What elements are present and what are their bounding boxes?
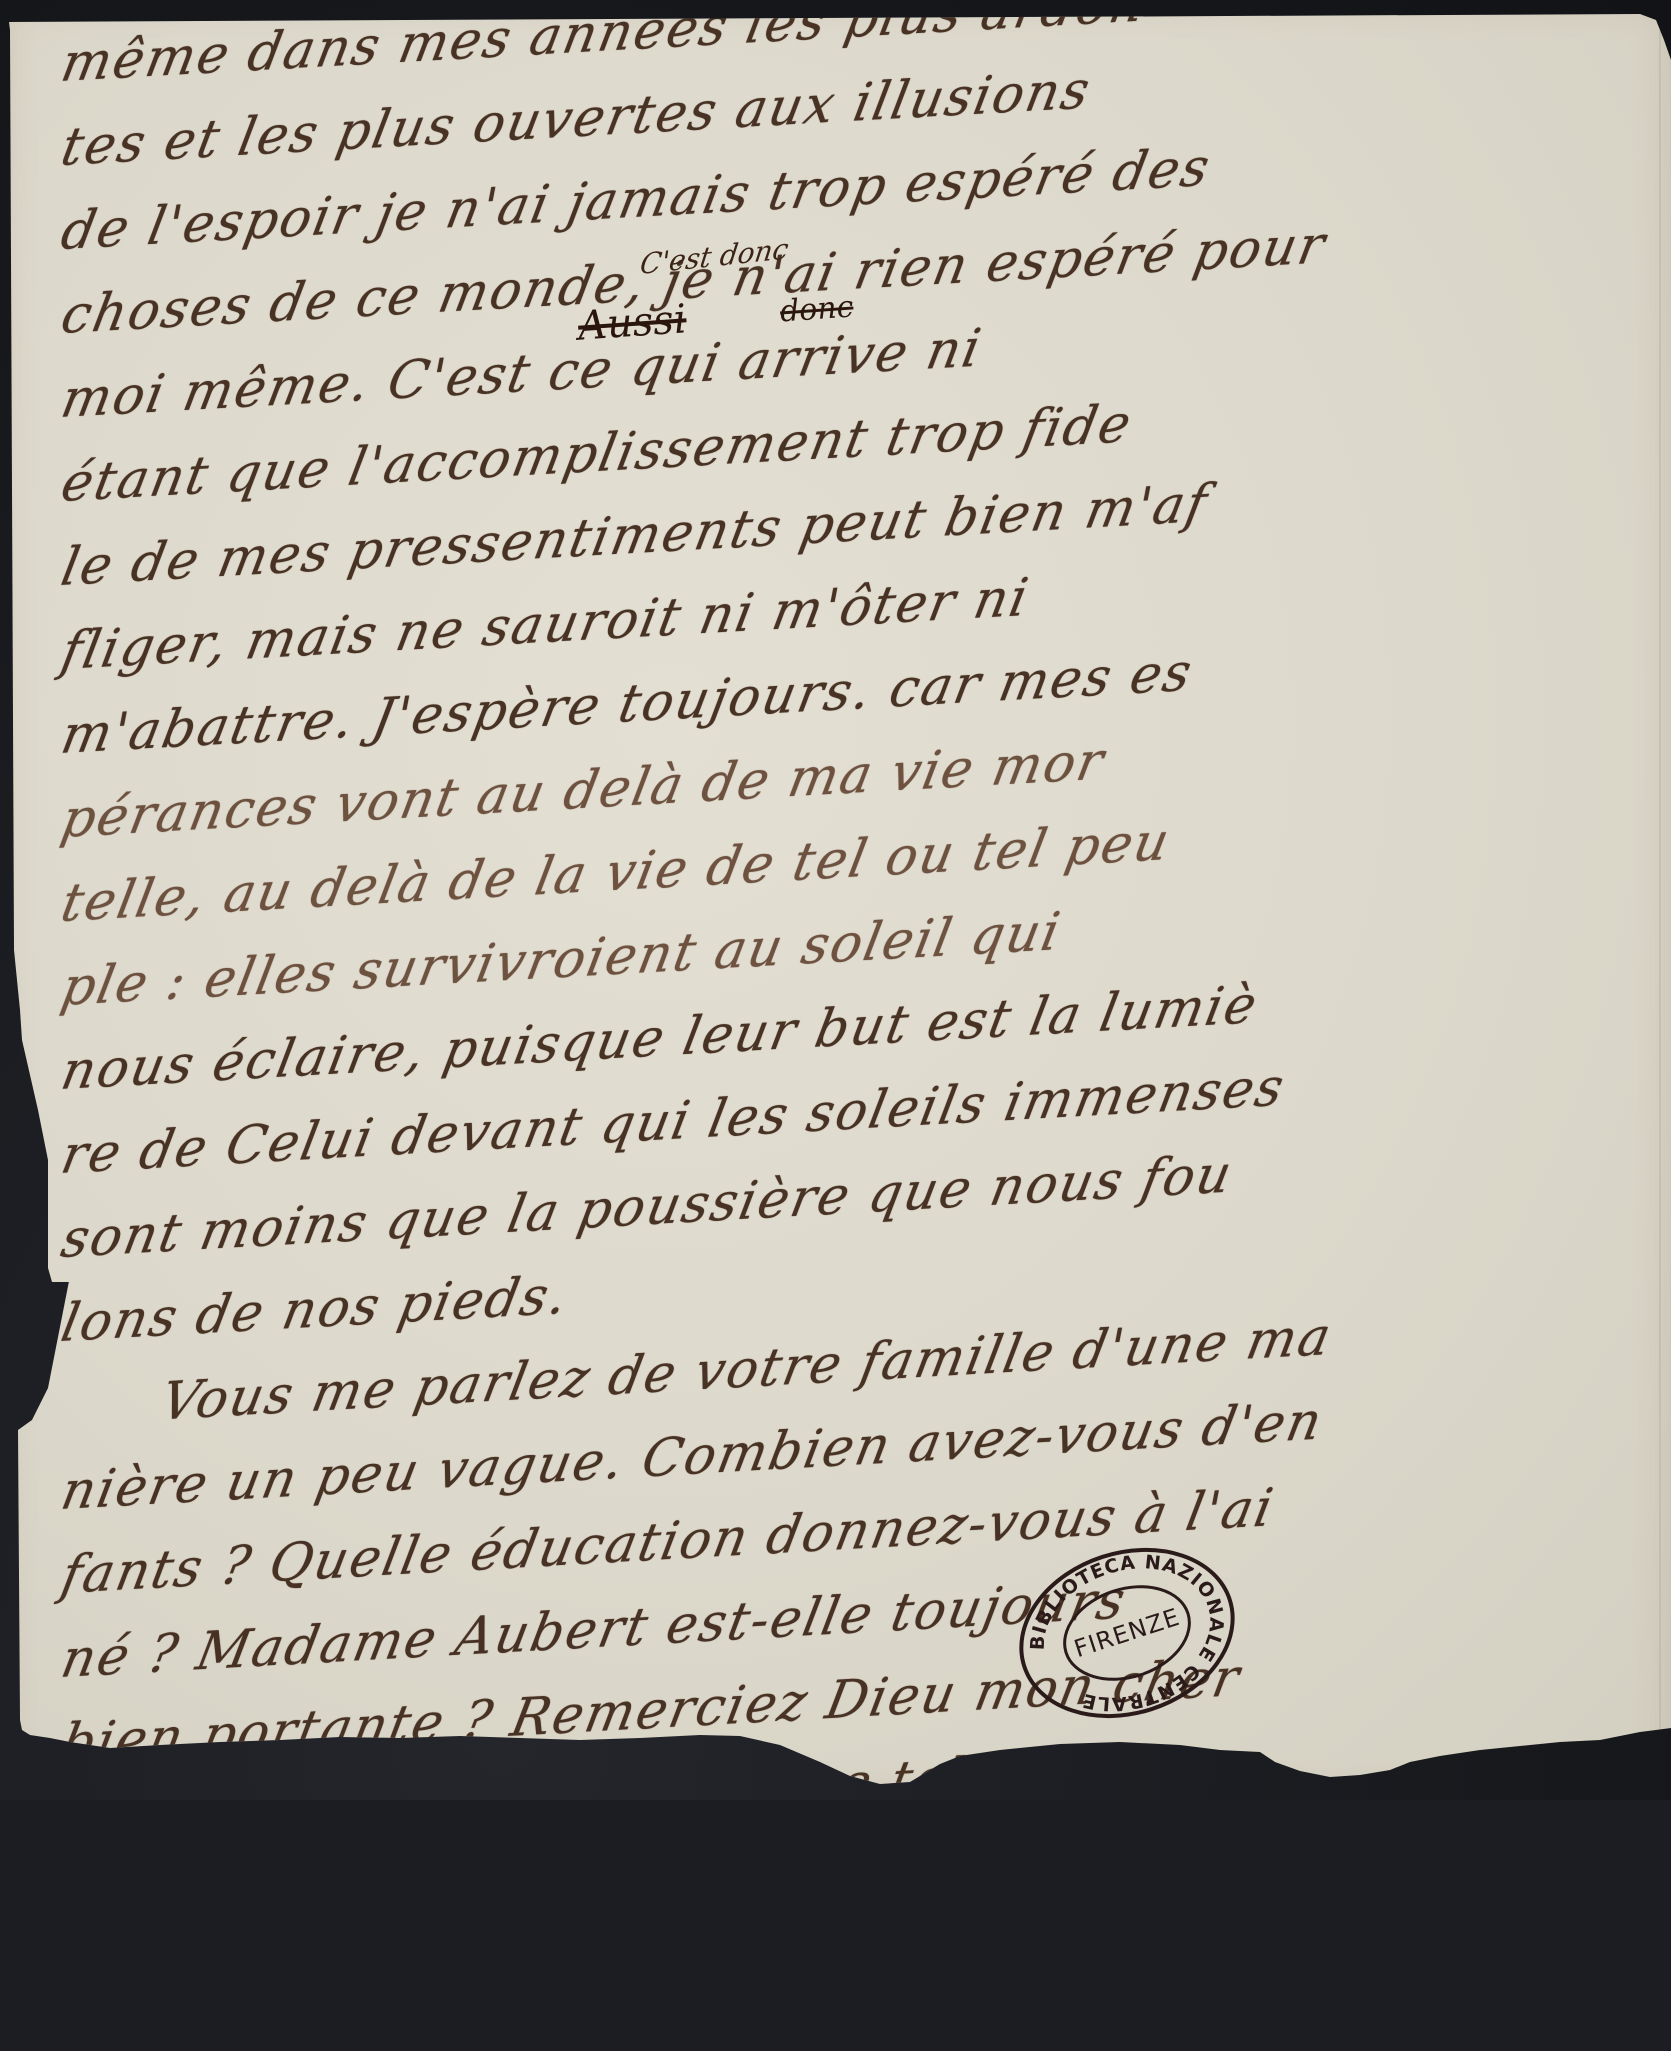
struck-out-word: Aussi — [577, 296, 688, 349]
struck-out-word: donc — [779, 289, 855, 329]
paper-fold-line — [1659, 30, 1661, 1730]
letter-page: même dans mes années les plus ardon tes … — [0, 0, 1671, 1800]
